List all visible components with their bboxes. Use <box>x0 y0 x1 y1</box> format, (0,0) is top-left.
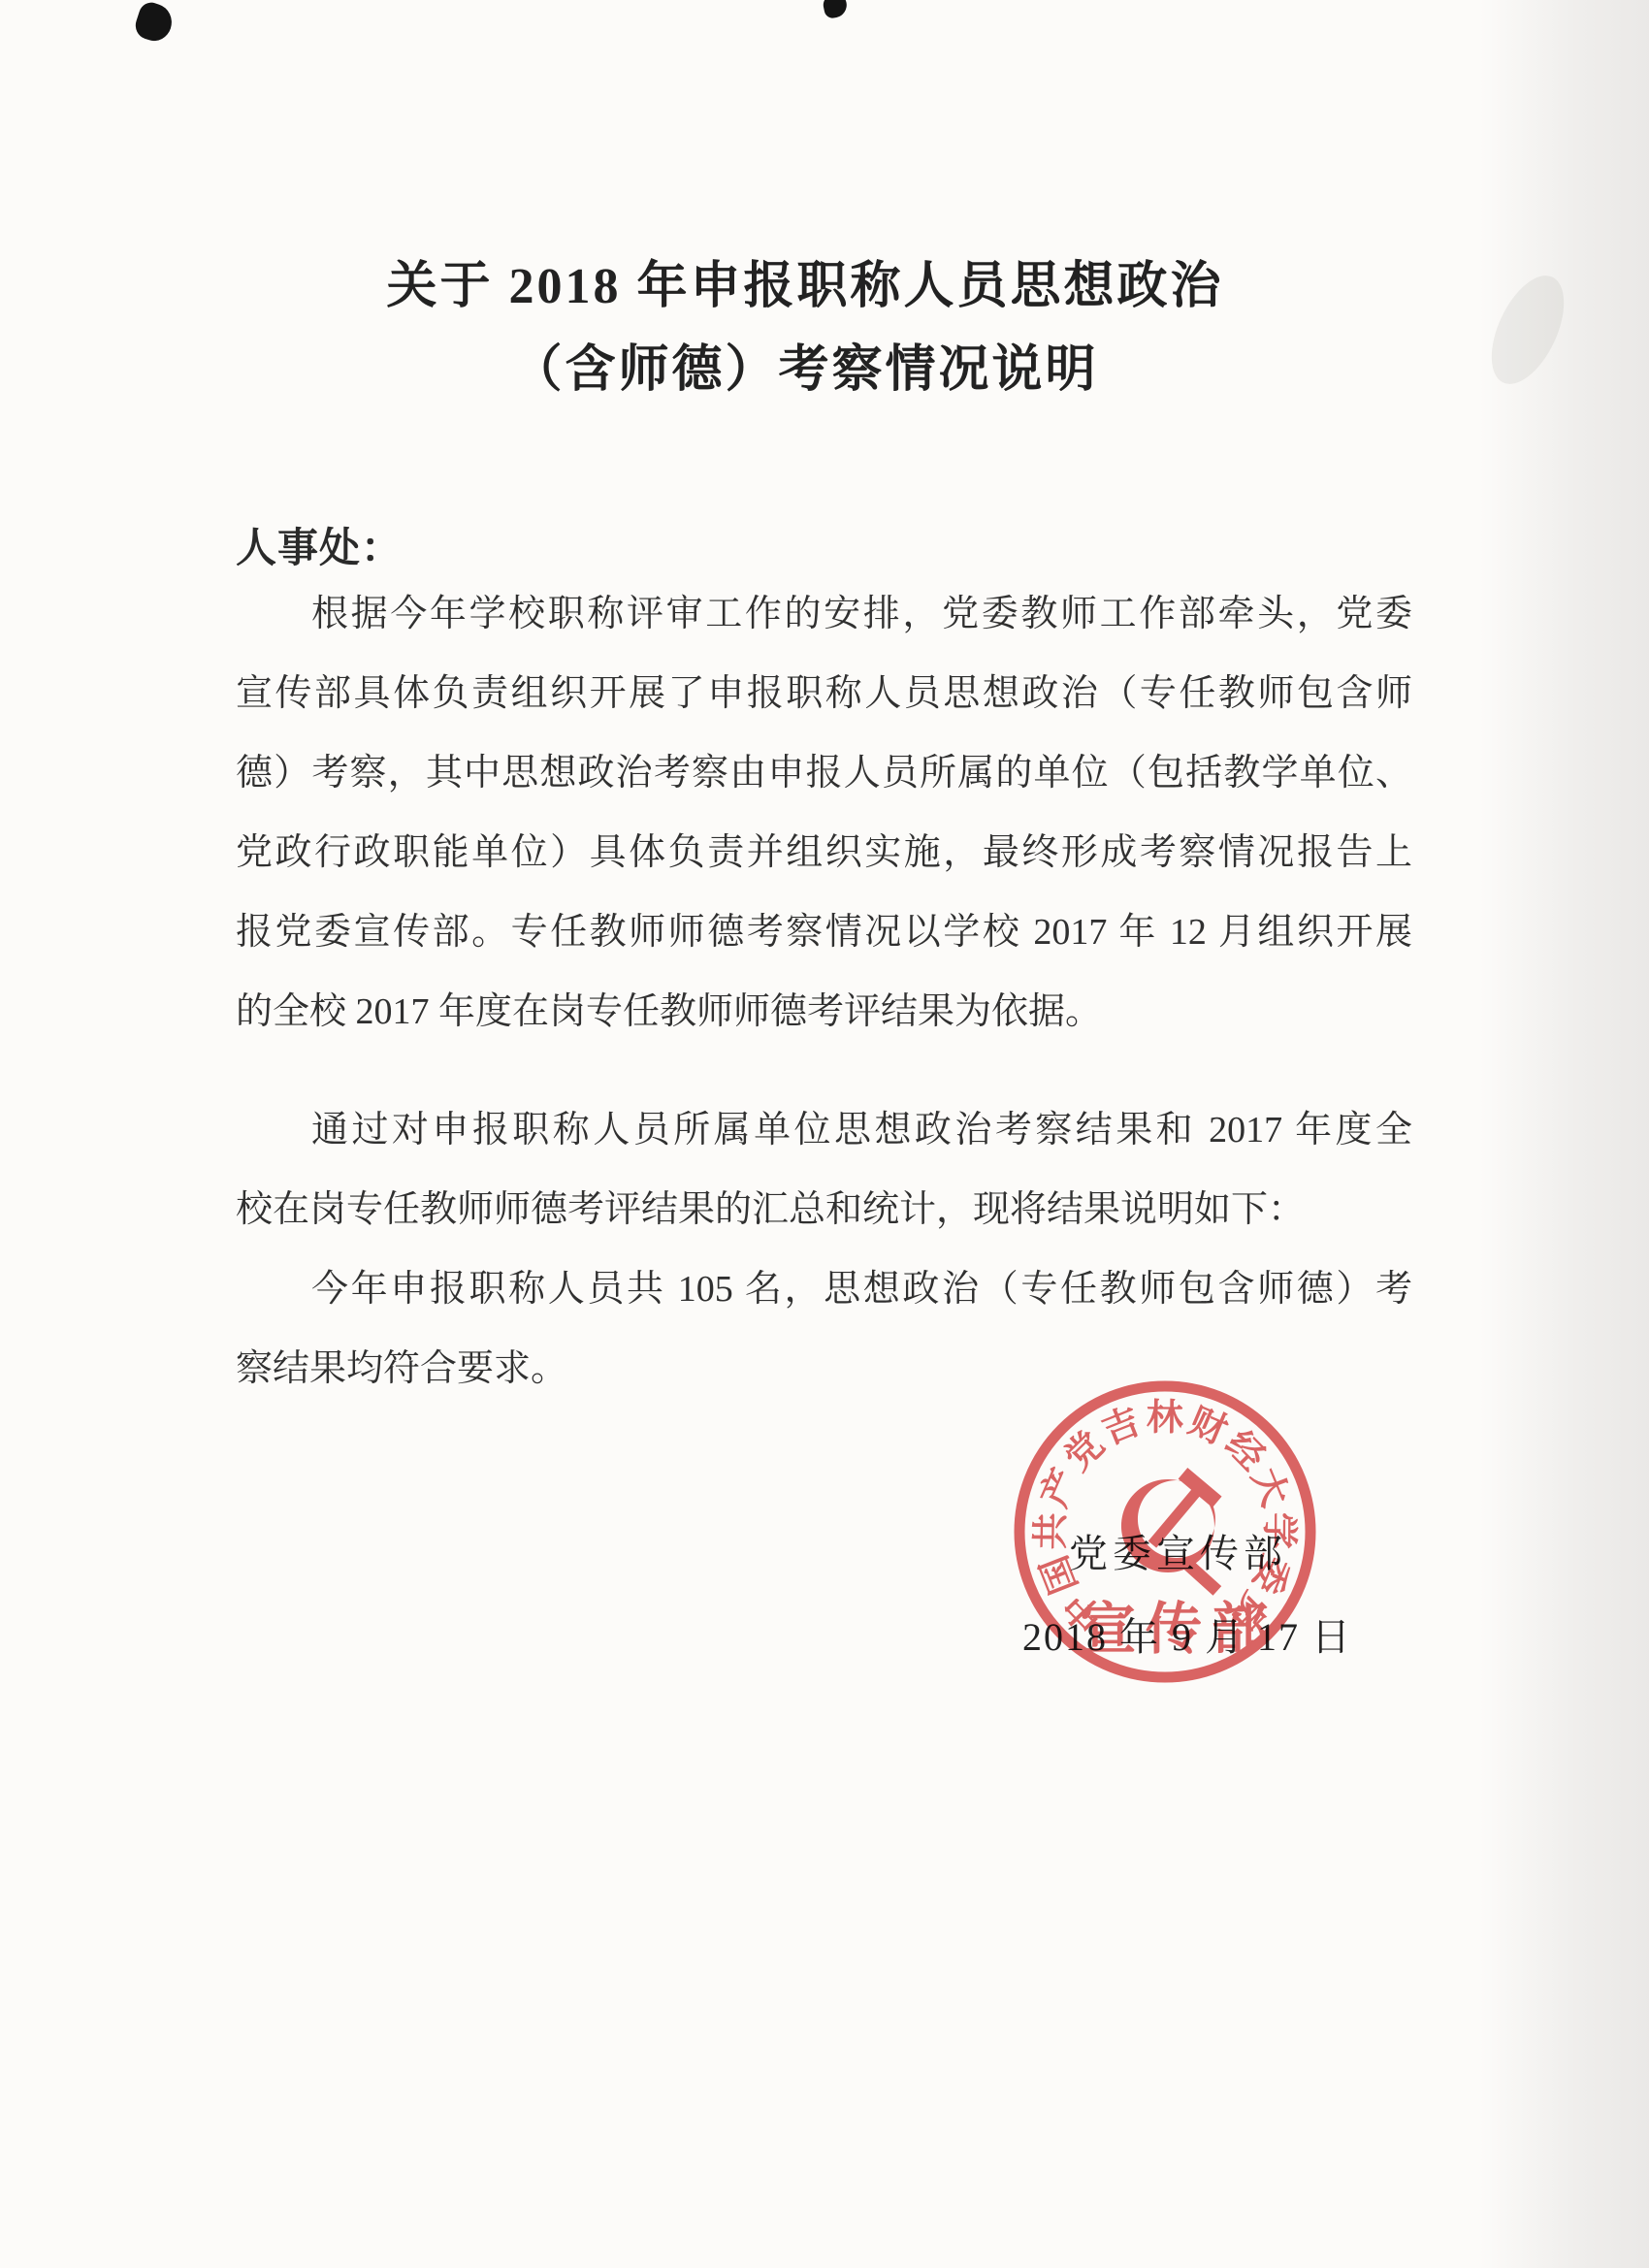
document-title-line1: 关于 2018 年申报职称人员思想政治 <box>0 244 1610 317</box>
body-line: 宣传部具体负责组织开展了申报职称人员思想政治（专任教师包含师 <box>236 654 1412 733</box>
salutation: 人事处： <box>236 516 403 574</box>
body-line: 校在岗专任教师师德考评结果的汇总和统计，现将结果说明如下： <box>236 1170 1412 1249</box>
scan-artifact-mark <box>822 0 849 19</box>
document-title-line2: （含师德）考察情况说明 <box>0 328 1610 401</box>
scan-artifact-mark <box>132 0 177 46</box>
body-line: 通过对申报职称人员所属单位思想政治考察结果和 2017 年度全 <box>236 1090 1412 1170</box>
body-line: 今年申报职称人员共 105 名，思想政治（专任教师包含师德）考 <box>236 1249 1412 1329</box>
body-line: 报党委宣传部。专任教师师德考察情况以学校 2017 年 12 月组织开展 <box>236 892 1412 972</box>
scanned-document-page: 关于 2018 年申报职称人员思想政治 （含师德）考察情况说明 人事处： 根据今… <box>0 0 1649 2268</box>
body-line: 根据今年学校职称评审工作的安排，党委教师工作部牵头，党委 <box>236 574 1412 654</box>
body-line: 党政行政职能单位）具体负责并组织实施，最终形成考察情况报告上 <box>236 813 1412 892</box>
seal-bottom-text: 宣传部 <box>1080 1598 1277 1661</box>
body-line: 的全校 2017 年度在岗专任教师师德考评结果为依据。 <box>236 972 1412 1052</box>
body-line: 德）考察，其中思想政治考察由申报人员所属的单位（包括教学单位、 <box>236 733 1412 813</box>
document-body: 根据今年学校职称评审工作的安排，党委教师工作部牵头，党委宣传部具体负责组织开展了… <box>236 574 1412 1409</box>
official-seal: 中国共产党吉林财经大学委员会 宣传部 <box>1000 1367 1330 1697</box>
hammer-sickle-icon <box>1121 1468 1222 1596</box>
